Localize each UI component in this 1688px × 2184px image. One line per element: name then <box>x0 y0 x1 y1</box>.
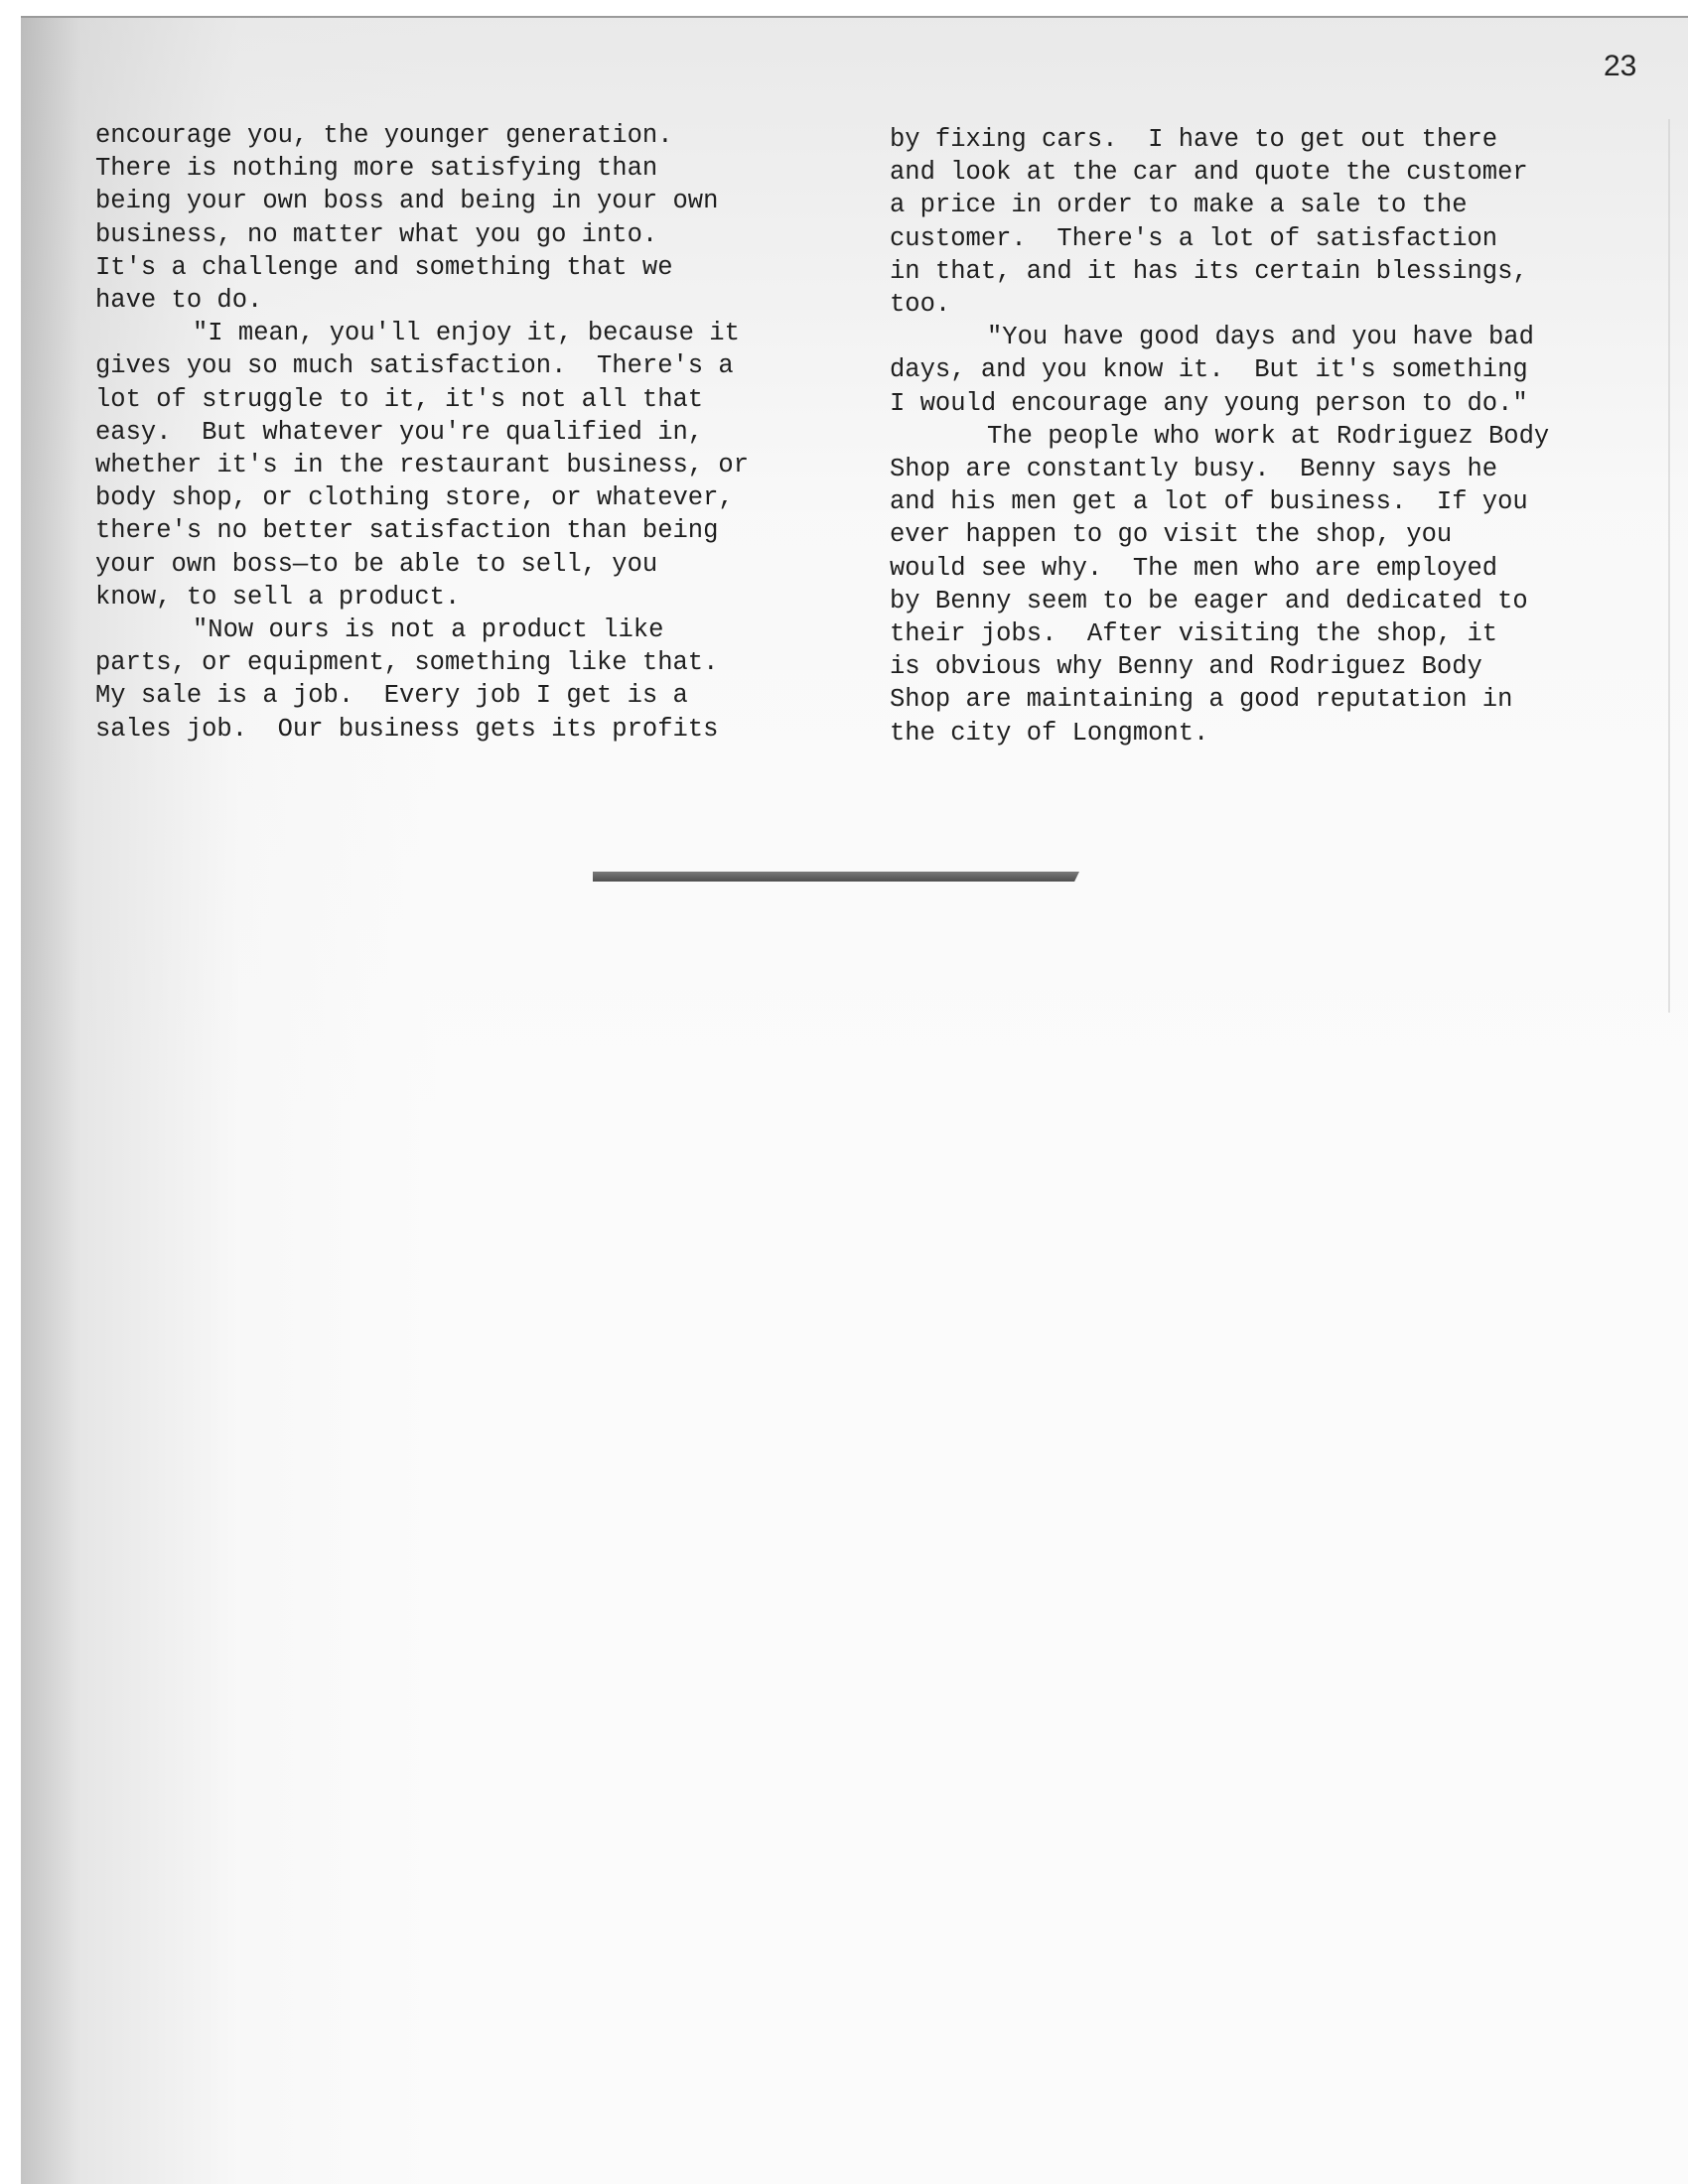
text-line: "Now ours is not a product like <box>95 614 749 646</box>
text-line: ever happen to go visit the shop, you <box>890 518 1549 551</box>
text-line: Shop are constantly busy. Benny says he <box>890 453 1549 485</box>
text-line: is obvious why Benny and Rodriguez Body <box>890 650 1549 683</box>
text-line: by fixing cars. I have to get out there <box>890 123 1549 156</box>
text-line: "I mean, you'll enjoy it, because it <box>95 317 749 349</box>
text-line: easy. But whatever you're qualified in, <box>95 416 749 449</box>
text-line: and his men get a lot of business. If yo… <box>890 485 1549 518</box>
text-line: too. <box>890 288 1549 321</box>
text-line: parts, or equipment, something like that… <box>95 646 749 679</box>
text-line: business, no matter what you go into. <box>95 218 749 251</box>
page-number: 23 <box>1604 50 1636 83</box>
text-line: It's a challenge and something that we <box>95 251 749 284</box>
section-divider-rule <box>593 872 1079 882</box>
text-line: customer. There's a lot of satisfaction <box>890 222 1549 255</box>
text-line: Shop are maintaining a good reputation i… <box>890 683 1549 716</box>
text-line: "You have good days and you have bad <box>890 321 1549 353</box>
page-edge-shadow <box>1668 119 1670 1013</box>
text-line: sales job. Our business gets its profits <box>95 713 749 746</box>
text-line: would see why. The men who are employed <box>890 552 1549 585</box>
text-line: the city of Longmont. <box>890 717 1549 750</box>
text-line: whether it's in the restaurant business,… <box>95 449 749 481</box>
text-line: have to do. <box>95 284 749 317</box>
text-line: being your own boss and being in your ow… <box>95 185 749 217</box>
text-line: by Benny seem to be eager and dedicated … <box>890 585 1549 617</box>
text-line: know, to sell a product. <box>95 581 749 614</box>
text-line: lot of struggle to it, it's not all that <box>95 383 749 416</box>
text-line: a price in order to make a sale to the <box>890 189 1549 221</box>
text-line: there's no better satisfaction than bein… <box>95 514 749 547</box>
text-line: days, and you know it. But it's somethin… <box>890 353 1549 386</box>
text-line: and look at the car and quote the custom… <box>890 156 1549 189</box>
text-line: There is nothing more satisfying than <box>95 152 749 185</box>
text-line: I would encourage any young person to do… <box>890 387 1549 420</box>
text-line: My sale is a job. Every job I get is a <box>95 679 749 712</box>
text-line: your own boss—to be able to sell, you <box>95 548 749 581</box>
text-line: gives you so much satisfaction. There's … <box>95 349 749 382</box>
text-line: their jobs. After visiting the shop, it <box>890 617 1549 650</box>
text-line: encourage you, the younger generation. <box>95 119 749 152</box>
text-line: in that, and it has its certain blessing… <box>890 255 1549 288</box>
left-text-column: encourage you, the younger generation.Th… <box>95 119 749 746</box>
text-line: body shop, or clothing store, or whateve… <box>95 481 749 514</box>
right-text-column: by fixing cars. I have to get out therea… <box>890 123 1549 750</box>
text-line: The people who work at Rodriguez Body <box>890 420 1549 453</box>
